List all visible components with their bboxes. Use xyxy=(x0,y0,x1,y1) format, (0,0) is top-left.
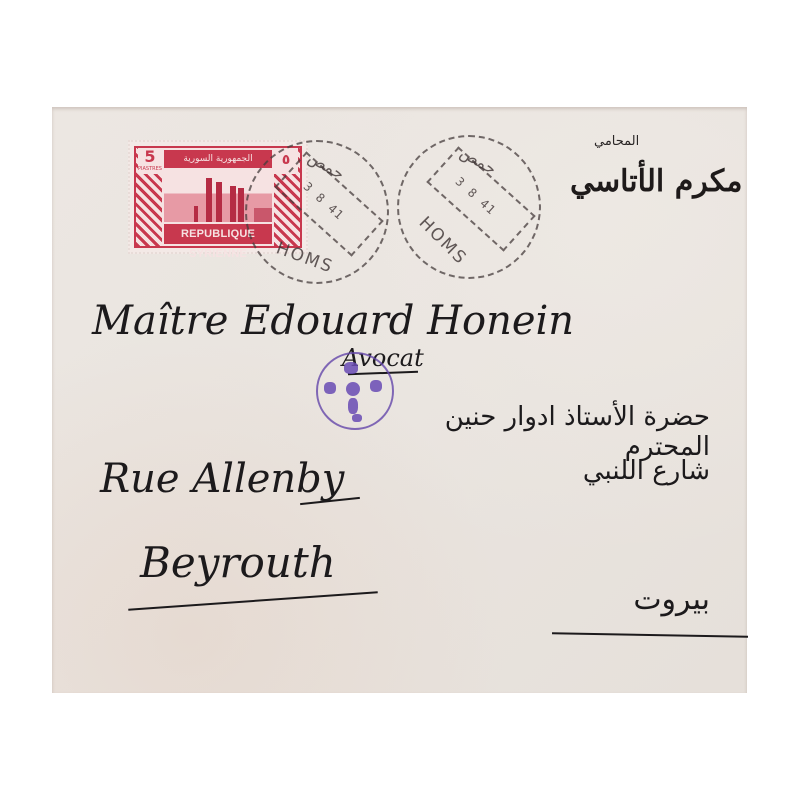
stamp-value: 5PIASTRES xyxy=(138,148,162,174)
postmark-1: 3 8 41 حمص HOMS xyxy=(245,140,389,284)
postmark-city: HOMS xyxy=(415,213,471,269)
postmark-city: HOMS xyxy=(273,238,336,277)
recipient-arabic: حضرة الأستاذ ادوار حنين المحترم xyxy=(370,402,710,462)
recipient-name: Maître Edouard Honein xyxy=(92,298,574,344)
letterhead-title: المحامي xyxy=(594,134,639,149)
city-french: Beyrouth xyxy=(140,538,336,587)
street-french: Rue Allenby xyxy=(100,456,344,502)
stamp-arabic-header: الجمهورية السورية xyxy=(164,150,272,168)
letterhead-name: مكرم الأتاسي xyxy=(570,164,742,199)
street-arabic: شارع اللنبي xyxy=(500,456,710,486)
city-arabic: بيروت xyxy=(540,582,710,617)
postmark-2: 3 8 41 حمص HOMS xyxy=(397,135,541,279)
